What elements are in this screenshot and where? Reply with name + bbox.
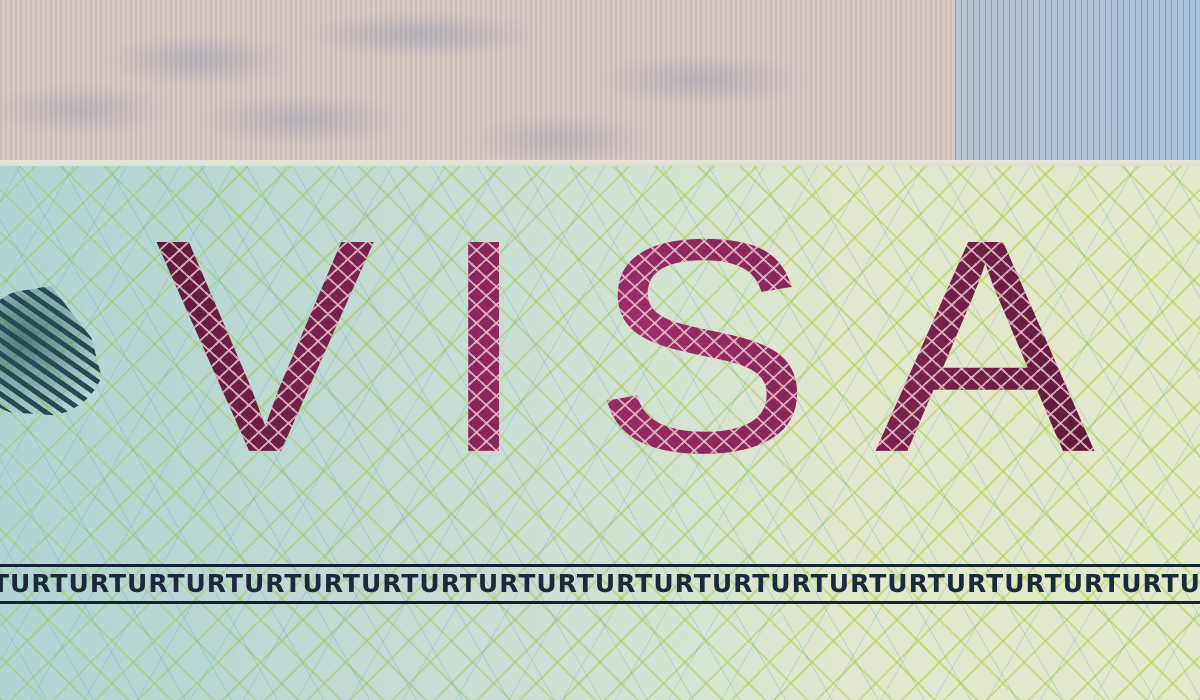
- visa-letter: I: [438, 208, 530, 484]
- visa-letter: V: [155, 208, 375, 484]
- visa-heading: VISA: [155, 208, 1095, 484]
- emblem-icon: [0, 286, 105, 416]
- visa-letter: A: [875, 208, 1095, 484]
- background-passport-page: [0, 0, 1200, 166]
- visa-letter: S: [592, 208, 812, 484]
- visa-sticker: VISA TURTURTURTURTURTURTURTURTURTURTURTU…: [0, 166, 1200, 700]
- microprint-band: TURTURTURTURTURTURTURTURTURTURTURTURTURT…: [0, 564, 1200, 604]
- blue-security-band: [955, 0, 1200, 166]
- microprint-text: TURTURTURTURTURTURTURTURTURTURTURTURTURT…: [0, 567, 1200, 601]
